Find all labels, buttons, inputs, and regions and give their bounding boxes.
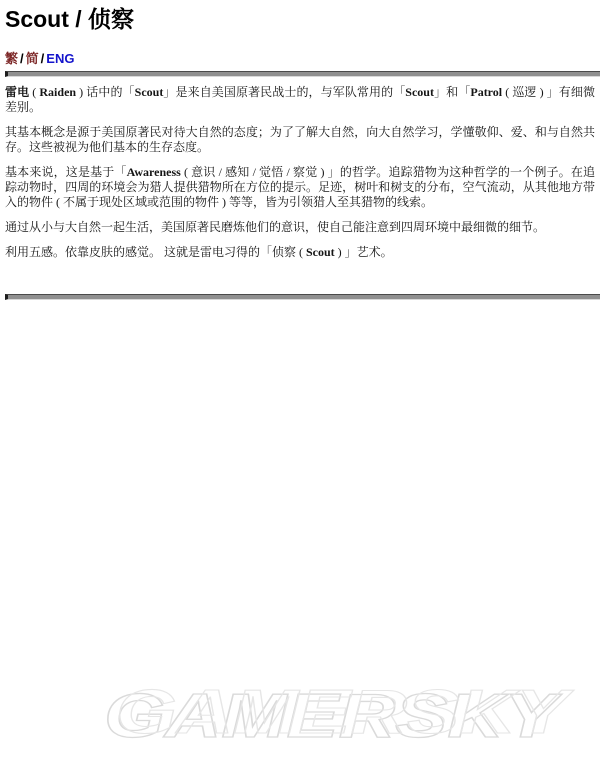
page-title: Scout / 侦察 (5, 6, 595, 33)
text-segment: ( (29, 85, 39, 99)
lang-link-english[interactable]: ENG (46, 51, 74, 66)
lang-link-simplified[interactable]: 简 (26, 51, 39, 66)
article-content: Scout / 侦察 繁/简/ENG 雷电 ( Raiden ) 话中的「Sco… (0, 6, 600, 300)
text-segment: 」是来自美国原著民战士的，与军队常用的「 (163, 85, 405, 99)
lang-link-traditional[interactable]: 繁 (5, 51, 18, 66)
text-segment: 基本来说，这是基于「 (5, 165, 127, 179)
horizontal-rule-bottom (5, 294, 600, 300)
horizontal-rule-top (5, 71, 600, 77)
text-segment: Scout (405, 85, 434, 99)
paragraph-five-senses: 利用五感。依靠皮肤的感觉。 这就是雷电习得的「侦察 ( Scout ) 」艺术。 (5, 245, 595, 260)
text-segment: ) 」艺术。 (335, 245, 393, 259)
text-segment: Patrol (470, 85, 502, 99)
gamersky-watermark: GAMERSKY GAMERSKY (98, 680, 576, 750)
paragraph-basic-concept: 其基本概念是源于美国原著民对待大自然的态度；为了了解大自然，向大自然学习，学懂敬… (5, 125, 595, 155)
text-segment: Scout (135, 85, 164, 99)
paragraph-raiden-scout: 雷电 ( Raiden ) 话中的「Scout」是来自美国原著民战士的，与军队常… (5, 85, 595, 115)
watermark-outline-back: GAMERSKY (104, 682, 563, 750)
language-bar: 繁/简/ENG (5, 52, 595, 66)
lang-separator: / (18, 51, 26, 66)
text-segment: 雷电 (5, 85, 29, 99)
text-segment: 利用五感。依靠皮肤的感觉。 这就是雷电习得的「侦察 ( (5, 245, 306, 259)
text-segment: 」和「 (434, 85, 470, 99)
paragraph-awareness: 基本来说，这是基于「Awareness ( 意识 / 感知 / 觉悟 / 察觉 … (5, 165, 595, 210)
text-segment: Raiden (39, 85, 76, 99)
watermark-outline-front: GAMERSKY (116, 680, 575, 747)
text-segment: ) 话中的「 (76, 85, 135, 99)
text-segment: Scout (306, 245, 335, 259)
page: { "title": "Scout / 侦察", "language_bar":… (0, 0, 600, 776)
text-segment: Awareness (127, 165, 181, 179)
paragraph-living-with-nature: 通过从小与大自然一起生活，美国原著民磨炼他们的意识，使自己能注意到四周环境中最细… (5, 220, 595, 235)
